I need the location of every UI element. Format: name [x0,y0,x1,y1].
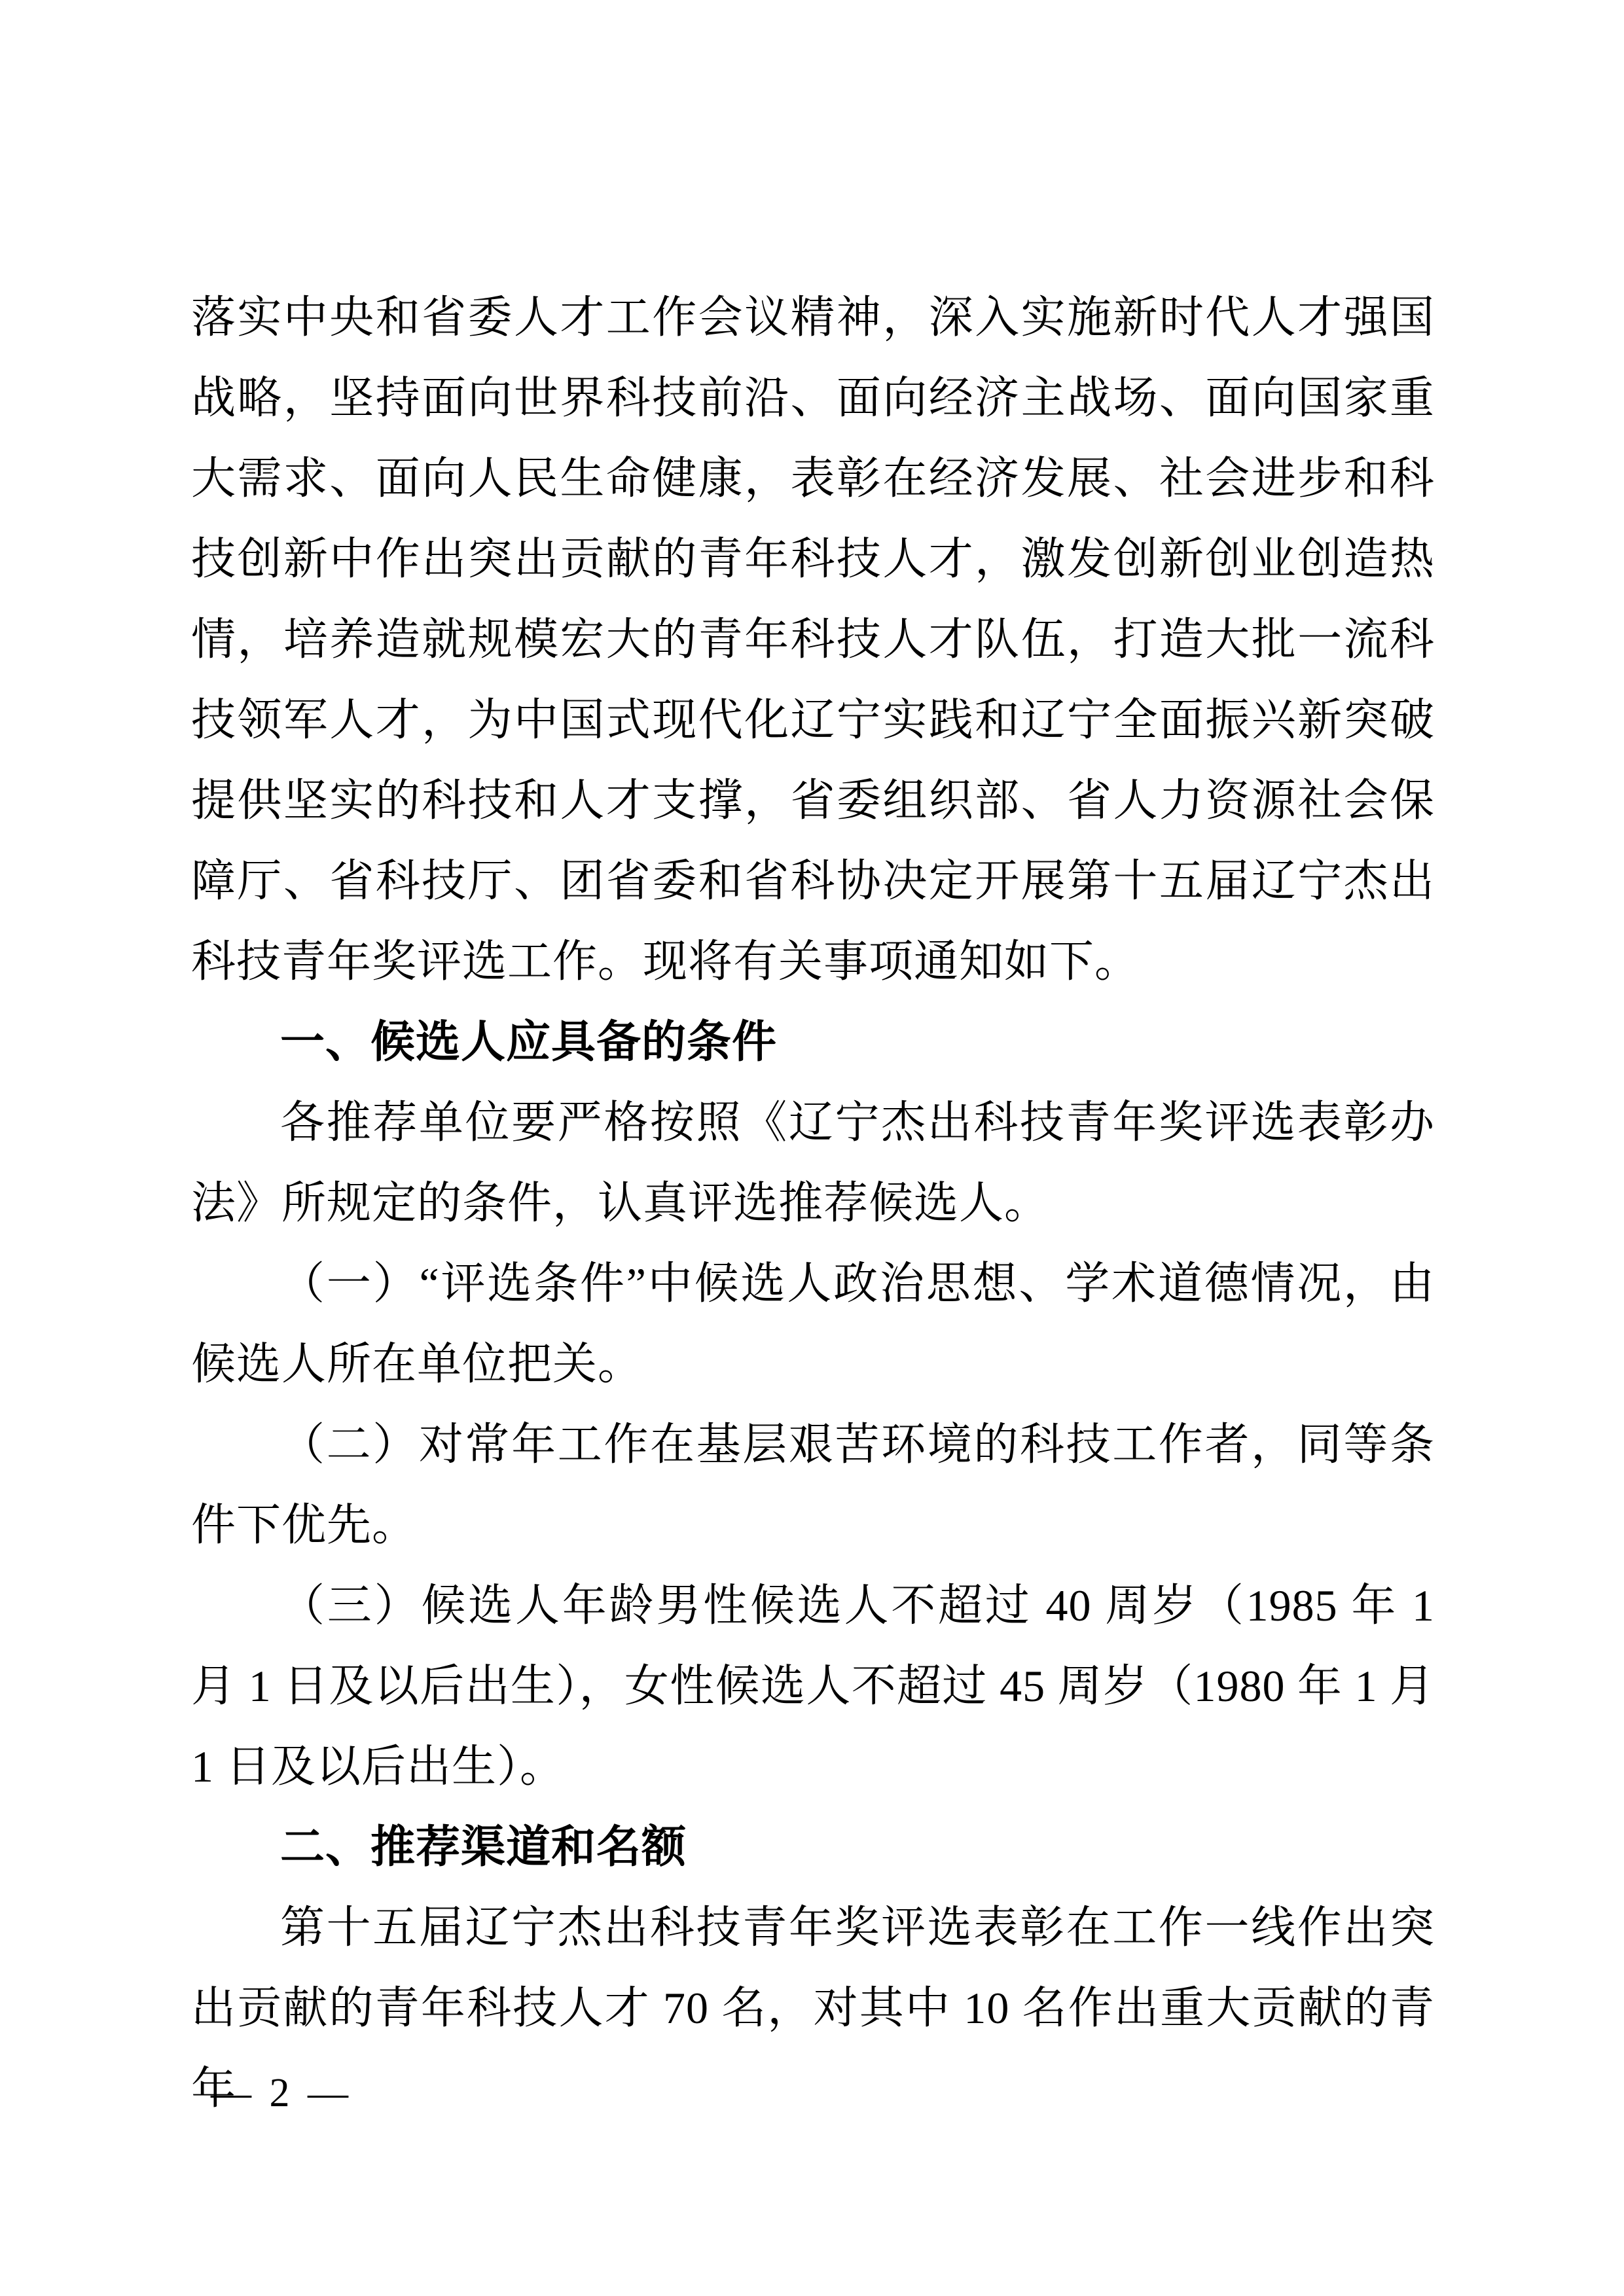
paragraph-section1-intro: 各推荐单位要严格按照《辽宁杰出科技青年奖评选表彰办法》所规定的条件，认真评选推荐… [191,1083,1435,1244]
section-heading-2: 二、推荐渠道和名额 [191,1807,1435,1888]
paragraph-item-3: （三）候选人年龄男性候选人不超过 40 周岁（1985 年 1 月 1 日及以后… [191,1566,1435,1807]
paragraph-item-1: （一）“评选条件”中候选人政治思想、学术道德情况，由候选人所在单位把关。 [191,1244,1435,1405]
section-heading-1: 一、候选人应具备的条件 [191,1002,1435,1083]
paragraph-section2-intro: 第十五届辽宁杰出科技青年奖评选表彰在工作一线作出突出贡献的青年科技人才 70 名… [191,1888,1435,2129]
document-page: 落实中央和省委人才工作会议精神，深入实施新时代人才强国战略，坚持面向世界科技前沿… [0,0,1624,2296]
document-body: 落实中央和省委人才工作会议精神，深入实施新时代人才强国战略，坚持面向世界科技前沿… [191,278,1435,2129]
paragraph-item-2: （二）对常年工作在基层艰苦环境的科技工作者，同等条件下优先。 [191,1405,1435,1566]
page-number: — 2 — [211,2067,352,2119]
paragraph-intro-continuation: 落实中央和省委人才工作会议精神，深入实施新时代人才强国战略，坚持面向世界科技前沿… [191,278,1435,1002]
